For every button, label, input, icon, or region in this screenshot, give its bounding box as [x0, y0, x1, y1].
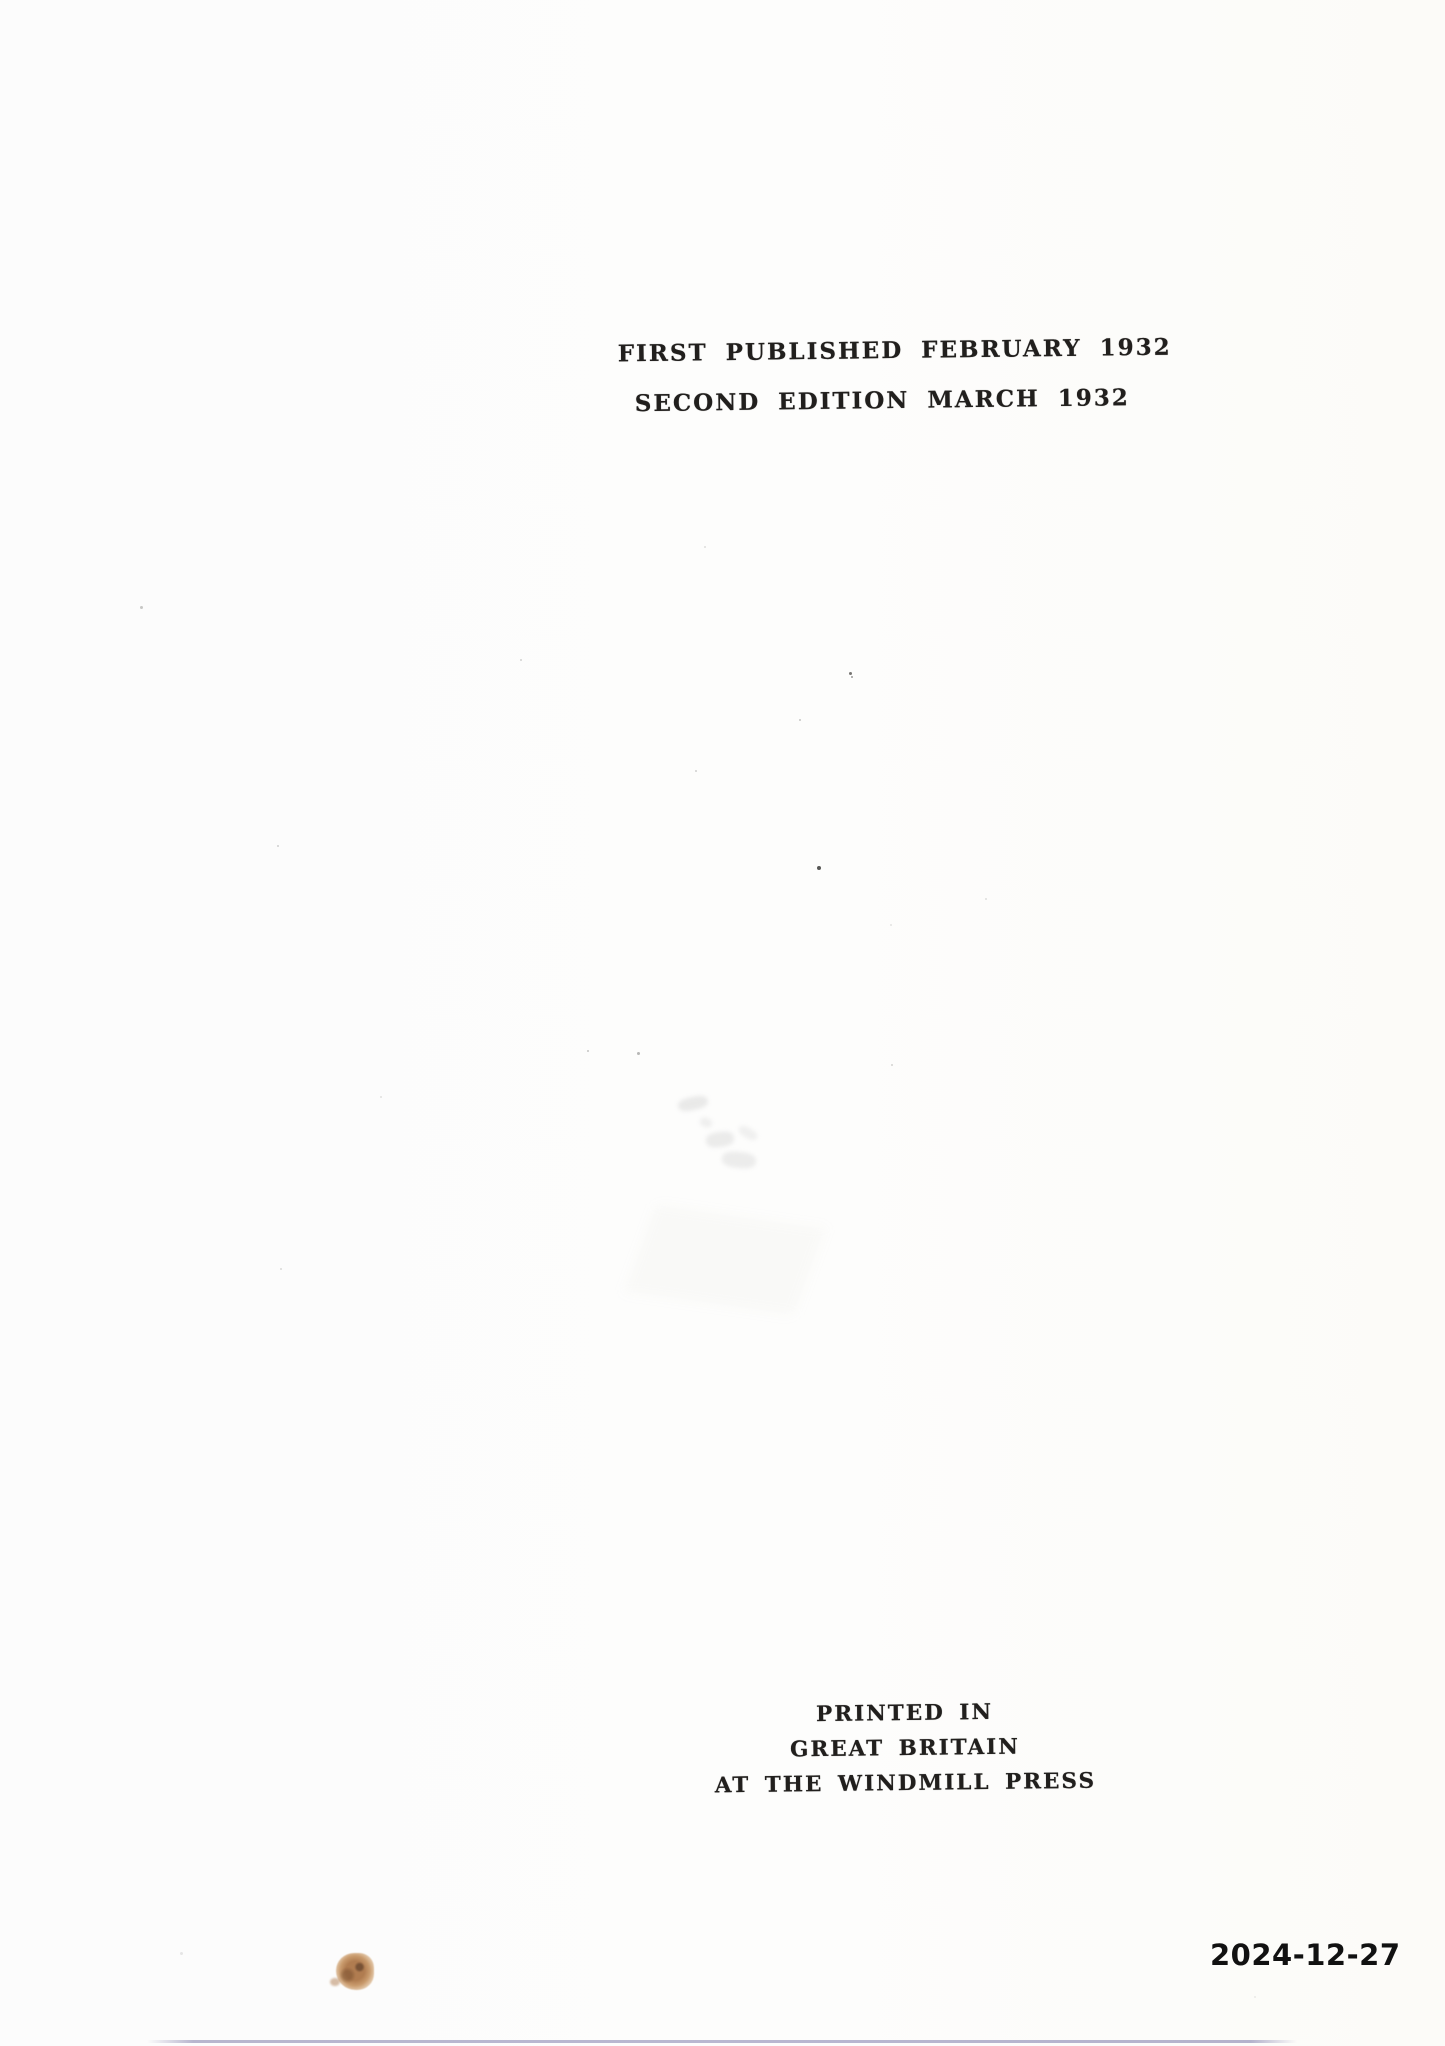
- dust-speck: [849, 672, 852, 675]
- dust-speck: [380, 1096, 382, 1098]
- show-through-shade: [625, 1205, 825, 1315]
- paper-stain: [336, 1953, 374, 1990]
- printer-colophon: PRINTED IN GREAT BRITAIN AT THE WINDMILL…: [604, 1692, 1205, 1804]
- dust-speck: [799, 719, 801, 721]
- dust-speck: [985, 898, 987, 900]
- pencil-smudge: [737, 1124, 759, 1143]
- edition-notice-line-second-edition: SECOND EDITION MARCH 1932: [557, 372, 1208, 430]
- dust-speck: [587, 1050, 589, 1052]
- dust-speck: [851, 676, 853, 678]
- colophon-line-windmill-press: AT THE WINDMILL PRESS: [605, 1762, 1205, 1804]
- dust-speck: [280, 1268, 282, 1270]
- dust-speck: [704, 546, 706, 548]
- dust-speck: [140, 606, 143, 609]
- scan-date-stamp: 2024-12-27: [1210, 1938, 1401, 1972]
- pencil-smudge: [705, 1130, 735, 1149]
- dust-speck: [277, 845, 279, 847]
- dust-speck: [520, 659, 522, 661]
- edition-notice-line-first-published: FIRST PUBLISHED FEBRUARY 1932: [569, 322, 1220, 380]
- dust-speck: [890, 924, 892, 926]
- pencil-smudge: [699, 1116, 713, 1129]
- pencil-smudge: [721, 1150, 756, 1169]
- scanned-page: FIRST PUBLISHED FEBRUARY 1932 SECOND EDI…: [0, 0, 1445, 2046]
- page-bottom-edge-line: [147, 2040, 1297, 2043]
- dust-speck: [1254, 1996, 1256, 1998]
- dust-speck: [891, 1064, 893, 1066]
- dust-speck: [817, 866, 821, 870]
- paper-stain-tail: [330, 1978, 340, 1986]
- dust-speck: [637, 1052, 640, 1055]
- edition-notice: FIRST PUBLISHED FEBRUARY 1932 SECOND EDI…: [569, 322, 1220, 430]
- pencil-smudge: [677, 1094, 709, 1113]
- dust-speck: [695, 770, 697, 772]
- dust-speck: [180, 1952, 183, 1955]
